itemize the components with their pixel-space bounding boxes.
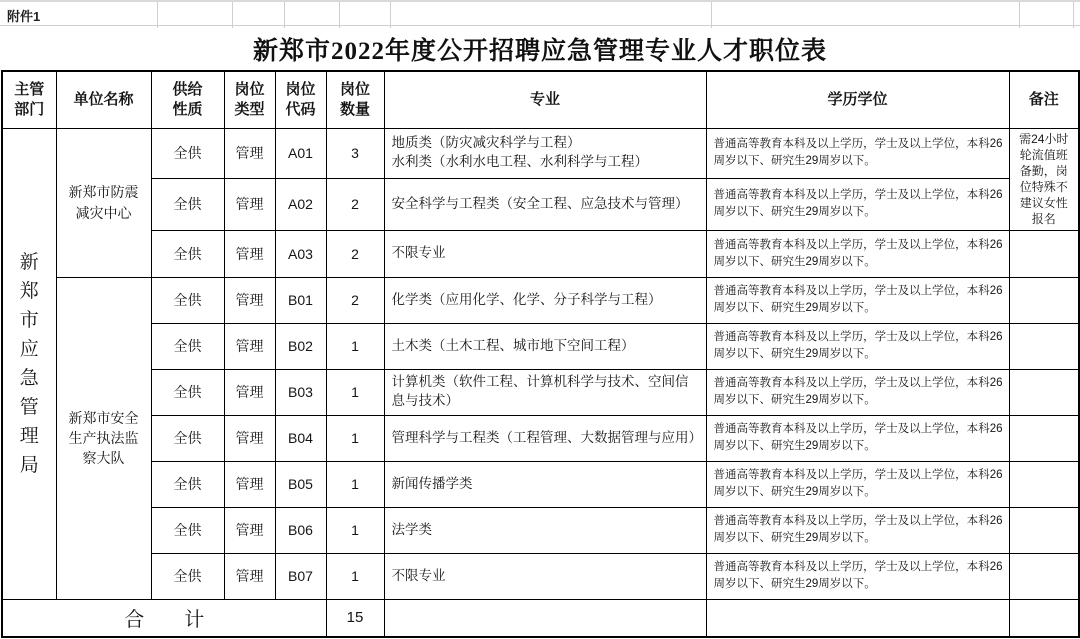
- cell-remark-empty: [1009, 277, 1079, 323]
- top-strip: 附件1: [0, 0, 1080, 26]
- cell-code: B05: [275, 461, 326, 507]
- cell-major: 不限专业: [384, 553, 706, 599]
- cell-supply: 全供: [151, 230, 224, 277]
- table-row: 全供 管理 A03 2 不限专业 普通高等教育本科及以上学历，学士及以上学位，本…: [2, 230, 1079, 277]
- cell-degree: 普通高等教育本科及以上学历，学士及以上学位，本科26周岁以下、研究生29周岁以下…: [706, 415, 1009, 461]
- cell-type: 管理: [224, 553, 275, 599]
- cell-degree: 普通高等教育本科及以上学历，学士及以上学位，本科26周岁以下、研究生29周岁以下…: [706, 178, 1009, 230]
- header-major: 专业: [384, 71, 706, 128]
- gridline: [339, 2, 340, 28]
- cell-major: 土木类（土木工程、城市地下空间工程）: [384, 323, 706, 369]
- cell-count: 1: [326, 415, 384, 461]
- cell-type: 管理: [224, 277, 275, 323]
- cell-major: 新闻传播学类: [384, 461, 706, 507]
- cell-code: B06: [275, 507, 326, 553]
- cell-count: 1: [326, 553, 384, 599]
- cell-remark-empty: [1009, 230, 1079, 277]
- cell-type: 管理: [224, 178, 275, 230]
- cell-remark-empty: [1009, 323, 1079, 369]
- gridline: [1073, 2, 1074, 28]
- page-title: 新郑市2022年度公开招聘应急管理专业人才职位表: [253, 29, 827, 67]
- header-count: 岗位 数量: [326, 71, 384, 128]
- cell-count: 2: [326, 277, 384, 323]
- gridline: [157, 2, 158, 28]
- cell-supply: 全供: [151, 128, 224, 178]
- cell-department: 新郑市应急管理局: [2, 128, 56, 599]
- cell-remark-empty: [1009, 553, 1079, 599]
- cell-supply: 全供: [151, 415, 224, 461]
- attachment-label: 附件1: [7, 6, 40, 25]
- cell-code: B01: [275, 277, 326, 323]
- header-remark: 备注: [1009, 71, 1079, 128]
- cell-degree: 普通高等教育本科及以上学历，学士及以上学位，本科26周岁以下、研究生29周岁以下…: [706, 553, 1009, 599]
- total-count: 15: [326, 599, 384, 637]
- cell-count: 2: [326, 230, 384, 277]
- table-row: 全供 管理 A02 2 安全科学与工程类（安全工程、应急技术与管理） 普通高等教…: [2, 178, 1079, 230]
- gridline: [390, 2, 391, 28]
- cell-code: B07: [275, 553, 326, 599]
- department-vertical-text: 新郑市应急管理局: [18, 248, 40, 480]
- cell-supply: 全供: [151, 178, 224, 230]
- gridline: [284, 2, 285, 28]
- gridline: [1019, 2, 1020, 28]
- cell-remark-empty: [1009, 415, 1079, 461]
- cell-remark-empty: [1009, 461, 1079, 507]
- cell-major: 计算机类（软件工程、计算机科学与技术、空间信息与技术）: [384, 369, 706, 415]
- cell-supply: 全供: [151, 277, 224, 323]
- cell-degree: 普通高等教育本科及以上学历，学士及以上学位，本科26周岁以下、研究生29周岁以下…: [706, 323, 1009, 369]
- cell-degree-empty: [706, 599, 1009, 637]
- header-code: 岗位 代码: [275, 71, 326, 128]
- cell-type: 管理: [224, 230, 275, 277]
- cell-remark-empty: [1009, 369, 1079, 415]
- header-unit: 单位名称: [56, 71, 151, 128]
- cell-major-empty: [384, 599, 706, 637]
- cell-supply: 全供: [151, 369, 224, 415]
- table-row: 全供 管理 B06 1 法学类 普通高等教育本科及以上学历，学士及以上学位，本科…: [2, 507, 1079, 553]
- table-row: 新郑市应急管理局 新郑市防震减灾中心 全供 管理 A01 3 地质类（防灾减灾科…: [2, 128, 1079, 178]
- cell-type: 管理: [224, 369, 275, 415]
- header-dept: 主管 部门: [2, 71, 56, 128]
- header-degree: 学历学位: [706, 71, 1009, 128]
- cell-count: 2: [326, 178, 384, 230]
- cell-count: 1: [326, 369, 384, 415]
- table-row: 新郑市安全生产执法监察大队 全供 管理 B01 2 化学类（应用化学、化学、分子…: [2, 277, 1079, 323]
- cell-supply: 全供: [151, 461, 224, 507]
- cell-code: B02: [275, 323, 326, 369]
- cell-degree: 普通高等教育本科及以上学历，学士及以上学位，本科26周岁以下、研究生29周岁以下…: [706, 369, 1009, 415]
- cell-code: A03: [275, 230, 326, 277]
- position-table: 主管 部门 单位名称 供给 性质 岗位 类型 岗位 代码 岗位 数量 专业 学历…: [1, 70, 1080, 638]
- cell-major: 地质类（防灾减灾科学与工程） 水利类（水利水电工程、水利科学与工程）: [384, 128, 706, 178]
- cell-type: 管理: [224, 507, 275, 553]
- table-row: 全供 管理 B05 1 新闻传播学类 普通高等教育本科及以上学历，学士及以上学位…: [2, 461, 1079, 507]
- cell-supply: 全供: [151, 553, 224, 599]
- cell-major: 安全科学与工程类（安全工程、应急技术与管理）: [384, 178, 706, 230]
- cell-count: 1: [326, 507, 384, 553]
- cell-degree: 普通高等教育本科及以上学历，学士及以上学位，本科26周岁以下、研究生29周岁以下…: [706, 461, 1009, 507]
- total-label: 合 计: [2, 599, 326, 637]
- cell-degree: 普通高等教育本科及以上学历，学士及以上学位，本科26周岁以下、研究生29周岁以下…: [706, 230, 1009, 277]
- cell-remark-empty: [1009, 507, 1079, 553]
- cell-major: 不限专业: [384, 230, 706, 277]
- header-supply: 供给 性质: [151, 71, 224, 128]
- table-row: 全供 管理 B02 1 土木类（土木工程、城市地下空间工程） 普通高等教育本科及…: [2, 323, 1079, 369]
- cell-type: 管理: [224, 415, 275, 461]
- cell-major: 化学类（应用化学、化学、分子科学与工程）: [384, 277, 706, 323]
- cell-supply: 全供: [151, 323, 224, 369]
- cell-degree: 普通高等教育本科及以上学历，学士及以上学位，本科26周岁以下、研究生29周岁以下…: [706, 277, 1009, 323]
- cell-supply: 全供: [151, 507, 224, 553]
- cell-code: A01: [275, 128, 326, 178]
- total-row: 合 计 15: [2, 599, 1079, 637]
- header-row: 主管 部门 单位名称 供给 性质 岗位 类型 岗位 代码 岗位 数量 专业 学历…: [2, 71, 1079, 128]
- table-row: 全供 管理 B07 1 不限专业 普通高等教育本科及以上学历，学士及以上学位，本…: [2, 553, 1079, 599]
- cell-degree: 普通高等教育本科及以上学历，学士及以上学位，本科26周岁以下、研究生29周岁以下…: [706, 507, 1009, 553]
- title-bar: 新郑市2022年度公开招聘应急管理专业人才职位表: [0, 26, 1080, 70]
- cell-count: 1: [326, 323, 384, 369]
- cell-remark-empty: [1009, 599, 1079, 637]
- document-page: 附件1 新郑市2022年度公开招聘应急管理专业人才职位表 主管 部门 单位名称 …: [0, 0, 1080, 639]
- cell-type: 管理: [224, 128, 275, 178]
- cell-major: 管理科学与工程类（工程管理、大数据管理与应用）: [384, 415, 706, 461]
- cell-code: B04: [275, 415, 326, 461]
- cell-code: B03: [275, 369, 326, 415]
- cell-major: 法学类: [384, 507, 706, 553]
- cell-unit-2: 新郑市安全生产执法监察大队: [56, 277, 151, 599]
- cell-degree: 普通高等教育本科及以上学历，学士及以上学位，本科26周岁以下、研究生29周岁以下…: [706, 128, 1009, 178]
- cell-count: 3: [326, 128, 384, 178]
- gridline: [232, 2, 233, 28]
- table-row: 全供 管理 B03 1 计算机类（软件工程、计算机科学与技术、空间信息与技术） …: [2, 369, 1079, 415]
- cell-type: 管理: [224, 323, 275, 369]
- cell-remark: 需24小时 轮流值班 备勤，岗 位特殊不 建议女性 报名: [1009, 128, 1079, 230]
- cell-code: A02: [275, 178, 326, 230]
- cell-count: 1: [326, 461, 384, 507]
- cell-unit-1: 新郑市防震减灾中心: [56, 128, 151, 277]
- header-type: 岗位 类型: [224, 71, 275, 128]
- cell-type: 管理: [224, 461, 275, 507]
- gridline: [711, 2, 712, 28]
- table-row: 全供 管理 B04 1 管理科学与工程类（工程管理、大数据管理与应用） 普通高等…: [2, 415, 1079, 461]
